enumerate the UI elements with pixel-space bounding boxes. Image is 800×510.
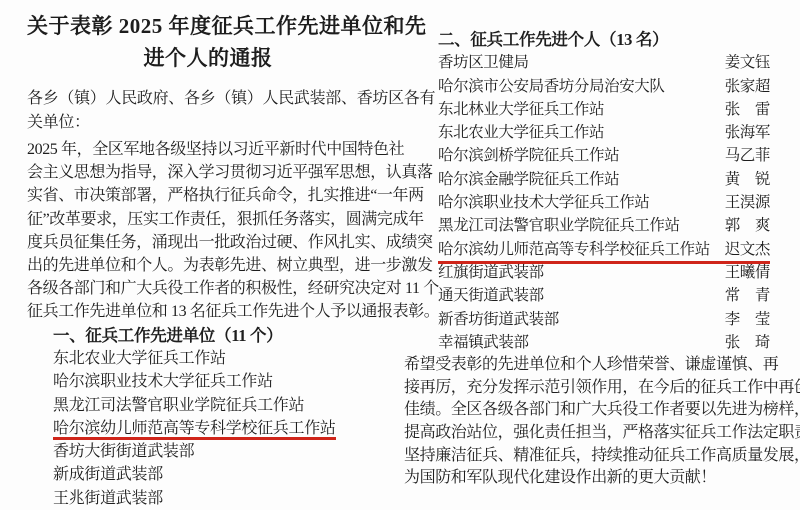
person-row: 香坊区卫健局 姜文钰 (438, 51, 770, 74)
person-row: 通天街道武装部 常 青 (438, 284, 770, 307)
document-title: 关于表彰 2025 年度征兵工作先进单位和先 进个人的通报 (27, 10, 389, 74)
unit-name: 东北农业大学征兵工作站 (53, 350, 226, 367)
right-column: 二、征兵工作先进个人（13 名） 香坊区卫健局 姜文钰 哈尔滨市公安局香坊分局治… (404, 28, 770, 490)
paragraph-line: 为国防和军队现代化建设作出新的更大贡献！ (404, 467, 770, 490)
person-unit: 幸福镇武装部 (438, 331, 529, 354)
person-unit: 哈尔滨幼儿师范高等专科学校征兵工作站 (438, 238, 710, 261)
unit-list-item: 黑龙江司法警官职业学院征兵工作站 (53, 394, 389, 417)
person-name: 张家超 (725, 75, 770, 98)
individuals-list: 香坊区卫健局 姜文钰 哈尔滨市公安局香坊分局治安大队 张家超 东北林业大学征兵工… (438, 51, 770, 354)
notice-document-page: 关于表彰 2025 年度征兵工作先进单位和先 进个人的通报 各乡（镇）人民政府、… (0, 0, 800, 510)
person-name: 马乙菲 (725, 144, 770, 167)
person-unit: 通天街道武装部 (438, 284, 544, 307)
paragraph-line: 坚持廉洁征兵、精准征兵，持续推动征兵工作高质量发展， (404, 445, 770, 468)
person-name: 黄 锐 (725, 168, 770, 191)
person-row: 东北农业大学征兵工作站 张海军 (438, 121, 770, 144)
person-name: 姜文钰 (725, 51, 770, 74)
unit-name: 黑龙江司法警官职业学院征兵工作站 (53, 397, 304, 414)
unit-list-item: 东北农业大学征兵工作站 (53, 347, 389, 370)
person-row: 哈尔滨剑桥学院征兵工作站 马乙菲 (438, 144, 770, 167)
person-name: 王曦倩 (725, 261, 770, 284)
person-unit: 哈尔滨职业技术大学征兵工作站 (438, 191, 649, 214)
unit-list-item: 哈尔滨幼儿师范高等专科学校征兵工作站 (53, 417, 389, 440)
paragraph-line: 2025 年，全区军地各级坚持以习近平新时代中国特色社 (27, 138, 389, 161)
paragraph-line: 接再厉，充分发挥示范引领作用，在今后的征兵工作中再创 (404, 377, 770, 400)
paragraph-line: 希望受表彰的先进单位和个人珍惜荣誉、谦虚谨慎、再 (404, 354, 770, 377)
person-row: 哈尔滨金融学院征兵工作站 黄 锐 (438, 168, 770, 191)
unit-name: 新成街道武装部 (53, 466, 163, 483)
person-row: 东北林业大学征兵工作站 张 雷 (438, 98, 770, 121)
closing-paragraph: 希望受表彰的先进单位和个人珍惜荣誉、谦虚谨慎、再 接再厉，充分发挥示范引领作用，… (404, 354, 770, 490)
salutation-line: 各乡（镇）人民政府、各乡（镇）人民武装部、香坊区各有 (27, 87, 389, 111)
unit-name: 哈尔滨幼儿师范高等专科学校征兵工作站 (53, 420, 336, 440)
paragraph-line: 会主义思想为指导，深入学习贯彻习近平强军思想，认真落 (27, 161, 389, 184)
person-name: 李 莹 (725, 308, 770, 331)
section-units-heading: 一、征兵工作先进单位（11 个） (53, 324, 389, 347)
person-unit: 哈尔滨金融学院征兵工作站 (438, 168, 619, 191)
person-name: 张 琦 (725, 331, 770, 354)
units-list: 东北农业大学征兵工作站 哈尔滨职业技术大学征兵工作站 黑龙江司法警官职业学院征兵… (27, 347, 389, 510)
person-name: 张 雷 (725, 98, 770, 121)
person-name: 迟文杰 (725, 238, 770, 261)
unit-list-item: 王兆街道武装部 (53, 487, 389, 510)
salutation: 各乡（镇）人民政府、各乡（镇）人民武装部、香坊区各有 关单位： (27, 87, 389, 135)
unit-list-item: 哈尔滨职业技术大学征兵工作站 (53, 370, 389, 393)
intro-paragraph: 2025 年，全区军地各级坚持以习近平新时代中国特色社 会主义思想为指导，深入学… (27, 138, 389, 324)
unit-name: 王兆街道武装部 (53, 490, 163, 507)
person-name: 常 青 (725, 284, 770, 307)
unit-name: 哈尔滨职业技术大学征兵工作站 (53, 373, 273, 390)
person-row: 哈尔滨职业技术大学征兵工作站 王淏源 (438, 191, 770, 214)
paragraph-line: 提高政治站位，强化责任担当，严格落实征兵工作法定职责， (404, 422, 770, 445)
person-unit: 红旗街道武装部 (438, 261, 544, 284)
paragraph-line: 实省、市决策部署，严格执行征兵命令，扎实推进“一年两 (27, 184, 389, 207)
person-unit: 东北林业大学征兵工作站 (438, 98, 604, 121)
person-name: 郭 爽 (725, 214, 770, 237)
section-individuals-heading: 二、征兵工作先进个人（13 名） (438, 28, 770, 51)
title-line-1: 关于表彰 2025 年度征兵工作先进单位和先 (27, 10, 389, 42)
paragraph-line: 佳绩。全区各级各部门和广大兵役工作者要以先进为榜样， (404, 399, 770, 422)
person-name: 张海军 (725, 121, 770, 144)
person-unit: 哈尔滨剑桥学院征兵工作站 (438, 144, 619, 167)
person-row: 哈尔滨市公安局香坊分局治安大队 张家超 (438, 75, 770, 98)
paragraph-line: 征兵工作先进单位和 13 名征兵工作先进个人予以通报表彰。 (27, 300, 389, 323)
person-row: 幸福镇武装部 张 琦 (438, 331, 770, 354)
person-unit: 新香坊街道武装部 (438, 308, 559, 331)
paragraph-line: 征”改革要求，压实工作责任，狠抓任务落实，圆满完成年 (27, 208, 389, 231)
left-column: 关于表彰 2025 年度征兵工作先进单位和先 进个人的通报 各乡（镇）人民政府、… (27, 8, 389, 510)
unit-list-item: 新成街道武装部 (53, 463, 389, 486)
person-unit: 哈尔滨市公安局香坊分局治安大队 (438, 75, 665, 98)
paragraph-line: 各级各部门和广大兵役工作者的积极性，经研究决定对 11 个 (27, 277, 389, 300)
paragraph-line: 出的先进单位和个人。为表彰先进、树立典型，进一步激发 (27, 254, 389, 277)
person-name: 王淏源 (725, 191, 770, 214)
unit-name: 香坊大街街道武装部 (53, 443, 194, 460)
person-unit: 黑龙江司法警官职业学院征兵工作站 (438, 214, 680, 237)
paragraph-line: 度兵员征集任务，涌现出一批政治过硬、作风扎实、成绩突 (27, 231, 389, 254)
person-row: 新香坊街道武装部 李 莹 (438, 308, 770, 331)
person-unit: 东北农业大学征兵工作站 (438, 121, 604, 144)
unit-list-item: 香坊大街街道武装部 (53, 440, 389, 463)
person-unit: 香坊区卫健局 (438, 51, 529, 74)
person-row: 红旗街道武装部 王曦倩 (438, 261, 770, 284)
title-line-2: 进个人的通报 (27, 42, 389, 74)
salutation-line: 关单位： (27, 111, 389, 135)
person-row: 黑龙江司法警官职业学院征兵工作站 郭 爽 (438, 214, 770, 237)
